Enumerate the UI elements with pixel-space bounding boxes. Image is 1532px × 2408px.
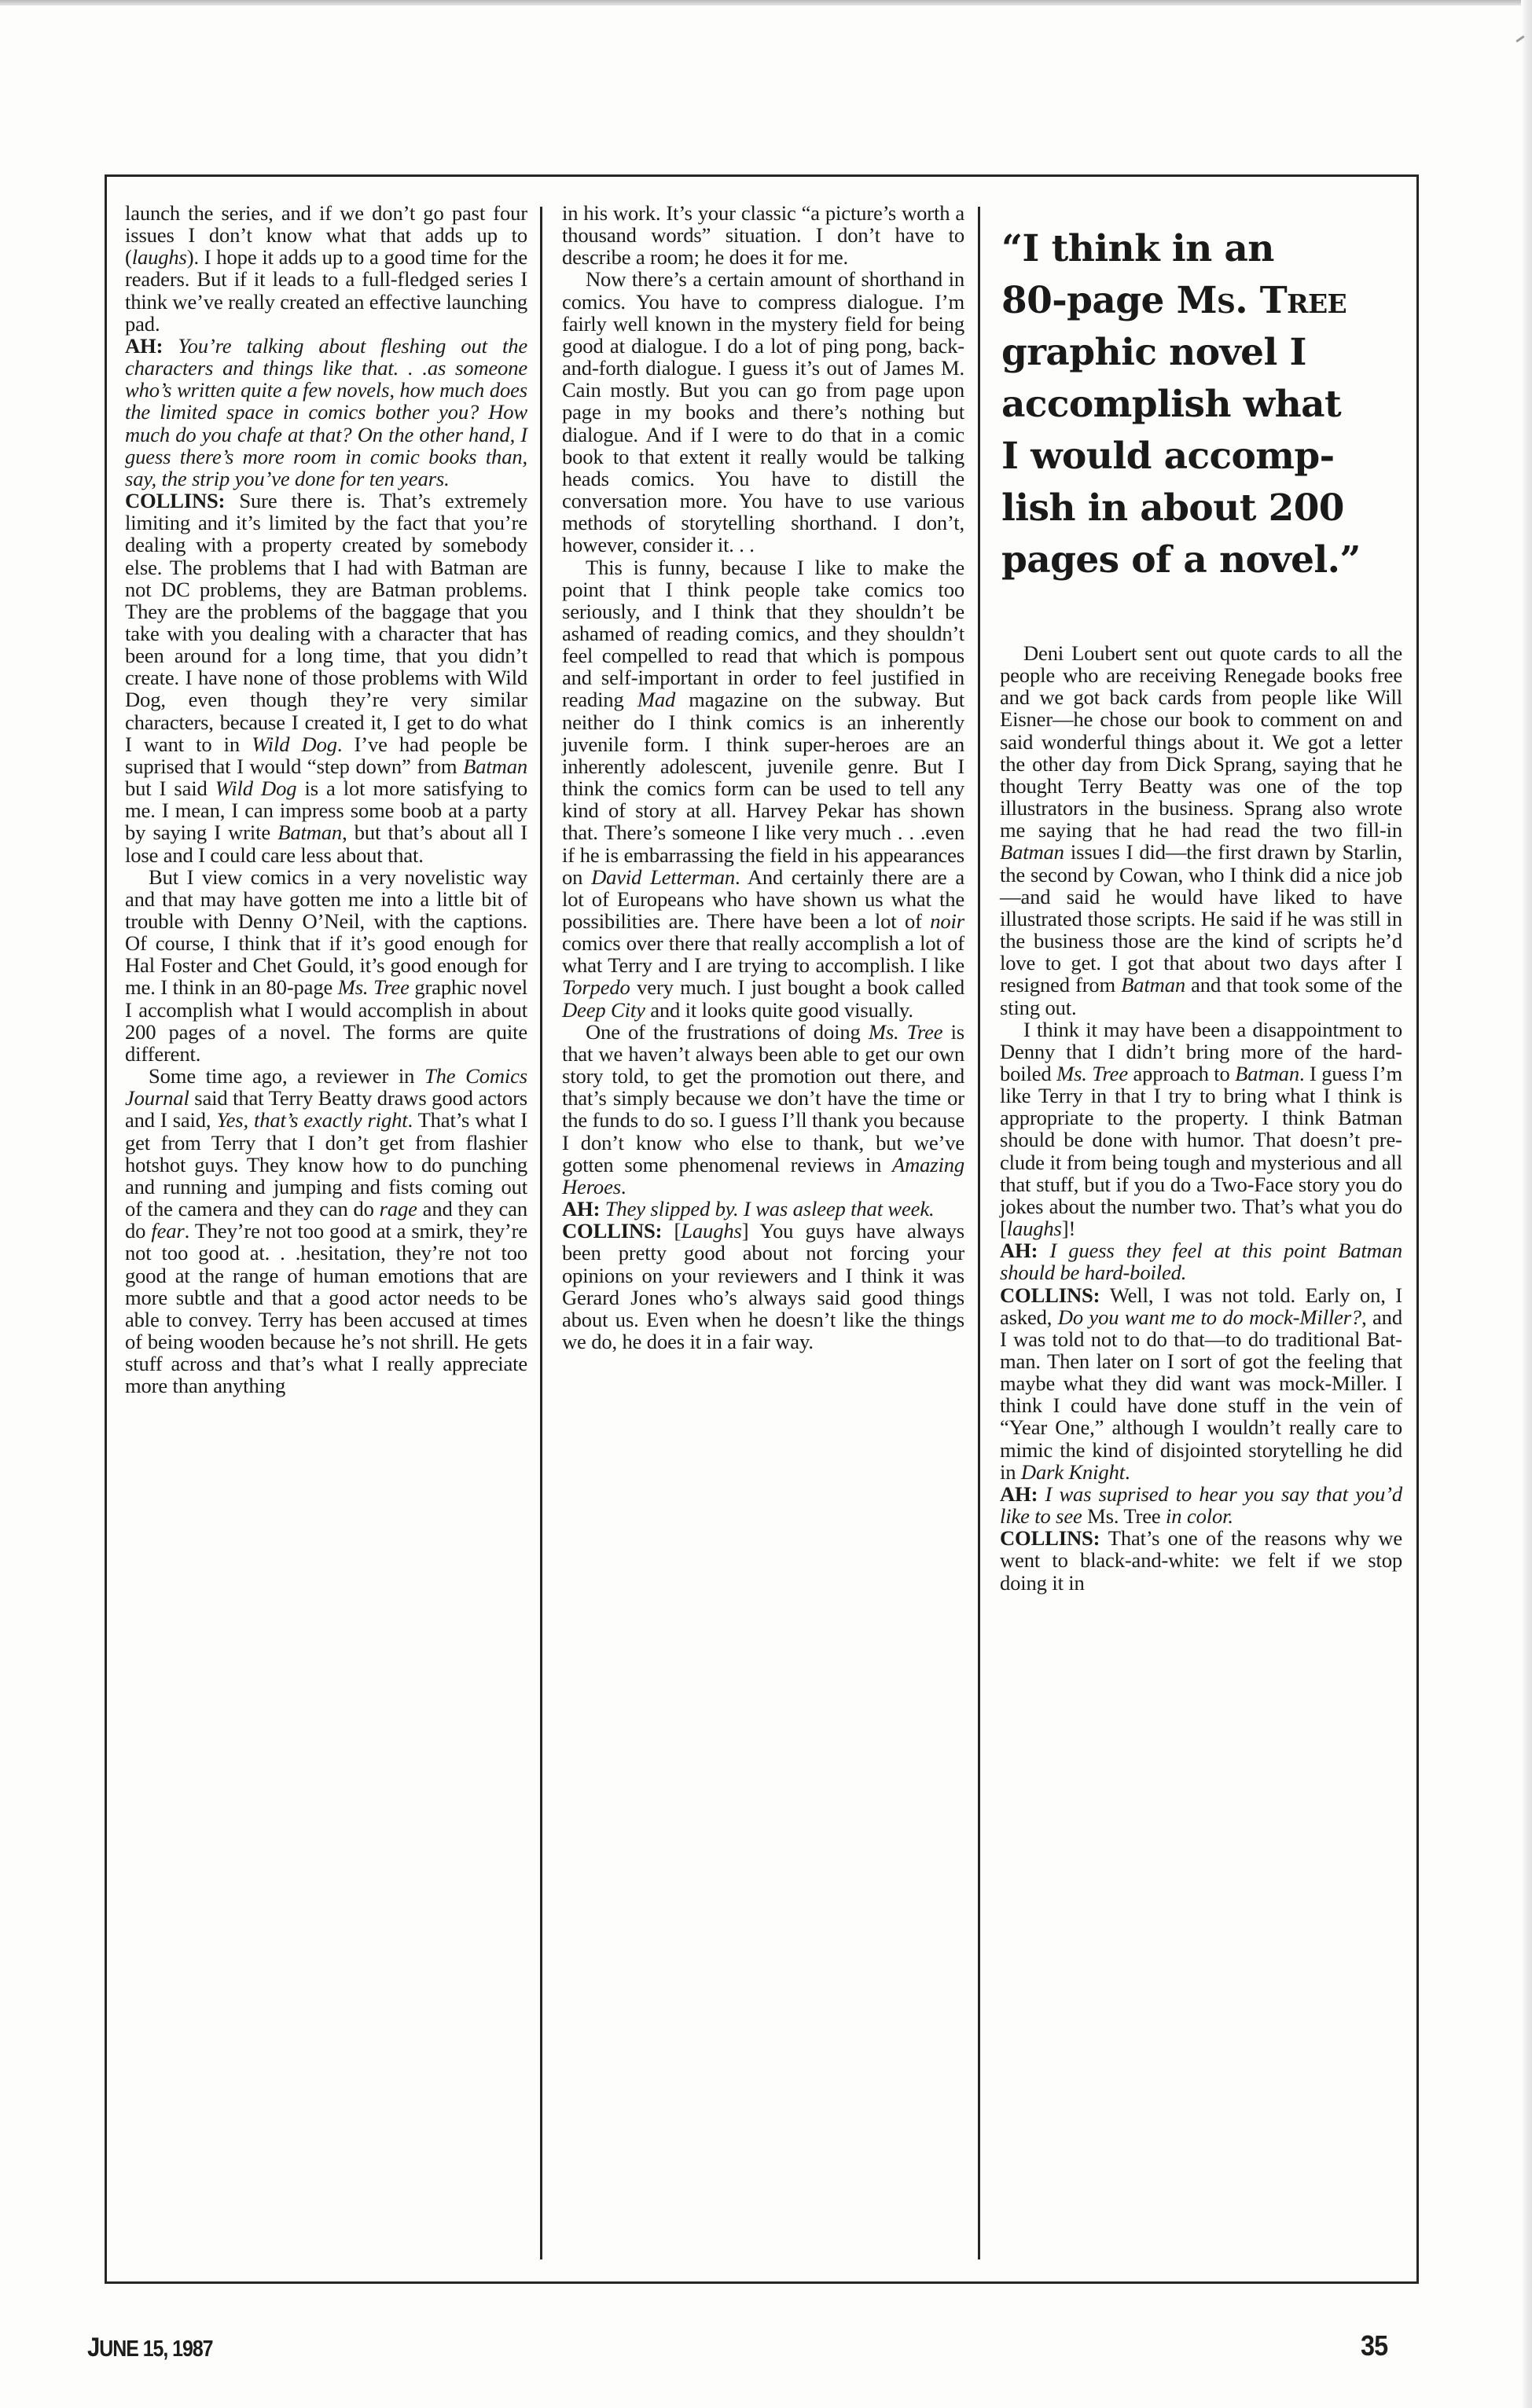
paragraph: Some time ago, a reviewer in The Comics … [125, 1065, 527, 1397]
pull-quote-line: pages of a novel.” [1001, 534, 1402, 586]
italic-run: Batman [1121, 973, 1185, 997]
text-run: . They’re not too good at a smirk, they’… [125, 1219, 527, 1397]
issue-date: JUNE 15, 1987 [87, 2333, 213, 2363]
italic-run: You’re talking about fleshing out the ch… [125, 334, 527, 490]
paragraph: Deni Loubert sent out quote cards to all… [1000, 642, 1402, 1019]
text-run: lish in about 200 [1001, 486, 1344, 530]
italic-run: I guess they feel at this point Batman s… [1000, 1239, 1402, 1284]
scan-edge-right [1521, 0, 1532, 2408]
text-run: but I said [125, 776, 215, 800]
italic-run: Ms. Tree [1056, 1062, 1128, 1085]
pull-quote: “I think in an80-page Ms. Treegraphic no… [1000, 223, 1402, 586]
text-run: [ [674, 1219, 682, 1243]
column-2: in his work. It’s your classic “a pic­tu… [562, 202, 964, 1353]
text-run: . [1125, 1460, 1130, 1484]
paragraph: AH: They slipped by. I was asleep that w… [562, 1198, 964, 1220]
column-3-body: Deni Loubert sent out quote cards to all… [1000, 642, 1402, 1594]
italic-run: They slipped by. I was asleep that week. [605, 1197, 935, 1221]
italic-run: Yes, that’s exactly right [216, 1108, 407, 1132]
italic-run: David Letterman [591, 865, 735, 889]
issue-date-rest: UNE 15, 1987 [99, 2336, 212, 2362]
paragraph: One of the frustrations of doing Ms. Tre… [562, 1021, 964, 1198]
speaker-label: AH: [562, 1197, 605, 1221]
italic-run: Ms. Tree [869, 1020, 943, 1044]
text-run: Sure there is. That’s ex­tremely limitin… [125, 489, 527, 756]
scan-edge-top [0, 0, 1532, 6]
text-run: Now there’s a certain amount of shorthan… [562, 267, 964, 556]
italic-run: rage [380, 1197, 417, 1221]
text-run: magazine on the subway. But neither do I… [562, 688, 964, 888]
paragraph: COLLINS: Sure there is. That’s ex­tremel… [125, 490, 527, 866]
column-divider [540, 207, 542, 2259]
speaker-label: COLLINS: [125, 489, 239, 512]
speaker-label: COLLINS: [1000, 1283, 1110, 1307]
italic-run: Torpedo [562, 975, 630, 999]
text-run: 80-page [1001, 279, 1177, 322]
column-1: launch the series, and if we don’t go pa… [125, 202, 527, 1397]
text-run: “I think in an [1001, 227, 1274, 270]
paragraph: But I view comics in a very novel­istic … [125, 866, 527, 1065]
paragraph: AH: You’re talking about fleshing out th… [125, 335, 527, 490]
text-run: Some time ago, a reviewer in [149, 1064, 424, 1088]
text-run: Deni Loubert sent out quote cards to all… [1000, 641, 1402, 842]
italic-run: Mad [637, 688, 675, 711]
paragraph: AH: I guess they feel at this point Batm… [1000, 1239, 1402, 1283]
pull-quote-line: “I think in an [1001, 223, 1402, 275]
pull-quote-line: lish in about 200 [1001, 483, 1402, 534]
page-number: 35 [1361, 2329, 1387, 2362]
column-3: “I think in an80-page Ms. Treegraphic no… [1000, 202, 1402, 1594]
text-run: graphic novel I [1001, 331, 1306, 374]
text-run: I would accomp- [1001, 435, 1335, 478]
italic-run: Batman [1000, 840, 1064, 864]
italic-run: Deep City [562, 998, 645, 1022]
italic-run: laughs [132, 245, 187, 269]
pull-quote-spacer [1000, 586, 1402, 642]
italic-run: Wild Dog [215, 776, 297, 800]
text-run: and it looks quite good visually. [645, 998, 913, 1022]
text-run: accomplish what [1001, 383, 1341, 426]
italic-run: in color. [1161, 1504, 1233, 1528]
pull-quote-line: graphic novel I [1001, 327, 1402, 379]
paragraph: COLLINS: That’s one of the reasons why w… [1000, 1527, 1402, 1593]
text-run: comics over there that really accomplish… [562, 931, 964, 977]
paragraph: COLLINS: Well, I was not told. Early on,… [1000, 1284, 1402, 1483]
text-run: ]! [1062, 1217, 1075, 1240]
italic-run: fear [151, 1219, 184, 1243]
speaker-label: AH: [125, 334, 178, 358]
italic-run: Bat­man [463, 754, 527, 778]
text-run: Ms. Tree [1177, 279, 1347, 322]
paragraph: COLLINS: [Laughs] You guys have always b… [562, 1220, 964, 1353]
pull-quote-line: I would accomp- [1001, 431, 1402, 483]
paragraph: This is funny, because I like to make th… [562, 556, 964, 1021]
text-run: approach to [1128, 1062, 1235, 1085]
speaker-label: COLLINS: [562, 1219, 674, 1243]
italic-run: Ms. Tree [338, 975, 410, 999]
pull-quote-line: 80-page Ms. Tree [1001, 275, 1402, 327]
text-run: Ms. Tree [1087, 1504, 1160, 1528]
text-run: very much. I just bought a book called [630, 975, 964, 999]
italic-run: Batman [1235, 1062, 1299, 1085]
text-run: , and I was told not to do that—to do tr… [1000, 1305, 1402, 1484]
article-box: launch the series, and if we don’t go pa… [105, 174, 1419, 2284]
italic-run: Batman [277, 820, 342, 844]
paragraph: I think it may have been a disap­pointme… [1000, 1019, 1402, 1240]
italic-run: Dark Knight [1021, 1460, 1125, 1484]
paragraph: launch the series, and if we don’t go pa… [125, 202, 527, 335]
column-divider [978, 207, 980, 2259]
speaker-label: AH: [1000, 1482, 1045, 1506]
italic-run: noir [930, 909, 964, 933]
issue-date-initial: J [87, 2333, 99, 2362]
text-run: pages of a novel.” [1001, 538, 1361, 582]
speaker-label: COLLINS: [1000, 1526, 1108, 1550]
italic-run: Laughs [681, 1219, 741, 1243]
italic-run: Do you want me to do mock-Miller? [1058, 1305, 1361, 1329]
paragraph: AH: I was suprised to hear you say that … [1000, 1483, 1402, 1527]
italic-run: laughs [1007, 1217, 1062, 1240]
speaker-label: AH: [1000, 1239, 1049, 1262]
text-run: in his work. It’s your classic “a pic­tu… [562, 201, 964, 269]
text-run: . [621, 1175, 626, 1198]
italic-run: Wild Dog [252, 732, 337, 756]
pull-quote-line: accomplish what [1001, 379, 1402, 431]
text-run: One of the frustrations of doing [586, 1020, 869, 1044]
text-run: . I guess I’m like Terry in that I try t… [1000, 1062, 1402, 1240]
paragraph: in his work. It’s your classic “a pic­tu… [562, 202, 964, 268]
paragraph: Now there’s a certain amount of shorthan… [562, 268, 964, 556]
